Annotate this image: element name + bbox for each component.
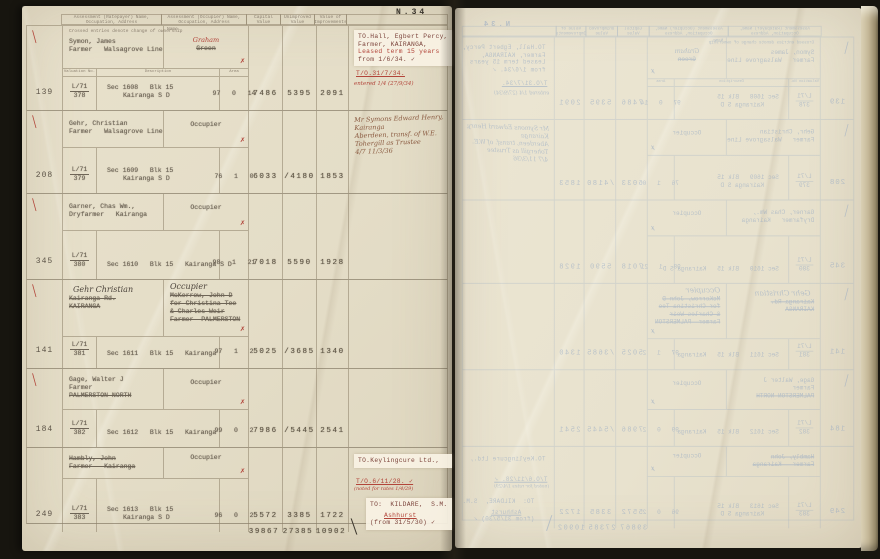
- ledger-row: 139 Crossed entries denote change of own…: [462, 37, 854, 120]
- ledger-row: 141 Gehr Christian Kairanga Rd. KAIRANGA…: [462, 284, 854, 370]
- entry-block: Gehr Christian Kairanga Rd. KAIRANGA ╲ O…: [648, 284, 820, 369]
- occupier-label: Occupier: [648, 380, 726, 388]
- red-cross-mark: ✗: [240, 56, 245, 66]
- ratepayer-cell: Hambly, John Farmer Kairanga: [727, 447, 820, 476]
- occupier-cell: Occupier ✗: [648, 447, 727, 476]
- ledger-row: 249 Hambly, John Farmer Kairanga Occupie…: [26, 448, 448, 524]
- occupier-cell: Occupier ✗: [648, 200, 727, 235]
- unimproved-value: /5445: [585, 370, 617, 446]
- ratepayer-name: Gage, Walter J: [69, 376, 163, 384]
- land-description: Sec 1612 Blk 15 Kairanga: [96, 410, 219, 447]
- ratepayer-name: Symon, James: [727, 49, 814, 57]
- transfer-notes: [463, 370, 555, 446]
- valuation-number: L/71 378: [789, 87, 820, 119]
- occupier-cell: Occupier ✗: [648, 370, 727, 409]
- ratepayer-address: Kairanga Rd.: [727, 298, 814, 306]
- red-cross-mark: ✗: [651, 327, 655, 337]
- valuation-number: L/71 378: [63, 77, 96, 110]
- handwritten-note: entered 1/4 (27/9/34): [354, 80, 452, 89]
- transfer-stamp: TO.Keylingcure Ltd.,: [354, 454, 452, 468]
- subheader-area: Area: [219, 69, 248, 76]
- land-description: Sec 1611 Blk 15 Kairanga: [96, 337, 219, 368]
- ratepayer-address: KAIRANGA: [727, 306, 814, 314]
- occupier-label: Occupier: [648, 453, 726, 461]
- unimproved-value: 3385: [585, 447, 617, 528]
- ratepayer-cell: Gehr Christian Kairanga Rd. KAIRANGA ╲: [63, 280, 163, 336]
- unimproved-value: 5395: [585, 38, 617, 119]
- ratepayer-name: Gage, Walter J: [727, 377, 814, 385]
- header-improvements: Value of Improvements: [314, 14, 347, 25]
- entry-block: Hambly, John Farmer Kairanga Occupier ✗ …: [648, 447, 820, 528]
- occupier-label: Green: [648, 56, 726, 64]
- valuation-number: L/71 379: [789, 156, 820, 200]
- red-cross-mark: ✗: [240, 218, 245, 228]
- unimproved-value: 5590: [282, 194, 316, 279]
- place-stamp: Ashhurst: [462, 508, 521, 515]
- occupier-label: Occupier: [164, 454, 248, 462]
- occupier-cell: Occupier ✗: [163, 369, 248, 409]
- ratepayer-cell: Crossed entries denote change of ownersh…: [727, 38, 820, 79]
- improvements-value: 1340: [316, 280, 348, 368]
- improvements-value: 2091: [555, 38, 585, 119]
- transfer-notes: TO.Hall, Egbert Percy, Farmer, KAIRANGA,…: [456, 38, 555, 119]
- ratepayer-occupation: Farmer: [727, 385, 814, 393]
- land-description: Sec 1611 Blk 15 Kairanga: [675, 339, 789, 369]
- entry-block: Hambly, John Farmer Kairanga Occupier ✗ …: [63, 448, 248, 532]
- red-cross-mark: ✗: [651, 464, 655, 474]
- ratepayer-address: PALMERSTON NORTH: [69, 392, 163, 400]
- valuation-number: L/71 382: [789, 410, 820, 446]
- ratepayer-cell: Gage, Walter J Farmer PALMERSTON NORTH ╲: [63, 369, 163, 409]
- improvements-value: 1722: [316, 448, 348, 532]
- valuation-number: L/71 380: [789, 236, 820, 283]
- subheader-valuation-no: Valuation No.: [63, 69, 96, 76]
- unimproved-value: /5445: [282, 369, 316, 447]
- left-page: N.34 Assessment (Ratepayer) Name, Occupa…: [22, 6, 452, 551]
- land-description: Sec 1612 Blk 15 Kairanga: [675, 410, 789, 446]
- header-improvements: Value of Improvements: [556, 26, 587, 37]
- header-unimproved-value: Unimproved Value: [585, 26, 618, 37]
- occupier-cell: Occupier ✗: [163, 448, 248, 478]
- header-unimproved-value: Unimproved Value: [280, 14, 315, 25]
- ledger-row: 345 Garner, Chas Wm., Dryfarmer Kairanga…: [26, 194, 448, 280]
- transfer-stamp: TO: KILDARE, S.M. Ashhurst (from 31/5/30…: [366, 498, 452, 530]
- ratepayer-name: Gehr, Christian: [727, 129, 814, 137]
- roll-number: 249: [820, 447, 853, 528]
- transfer-notes: TO.Keylingcure Ltd., T/O.6/11/28. ✓ (not…: [348, 448, 455, 532]
- header-capital-value: Capital Value: [617, 26, 650, 37]
- improvements-value: 1853: [555, 120, 585, 200]
- unimproved-value: 5590: [585, 200, 617, 282]
- red-cross-mark: ✗: [240, 466, 245, 476]
- header-ratepayer: Assessment (Ratepayer) Name, Occupation,…: [61, 14, 162, 25]
- subheader-description: Description: [96, 69, 219, 76]
- occupier-cell: Occupier ✗: [163, 111, 248, 147]
- valuation-number: L/71 382: [63, 410, 96, 447]
- occupier-label: Occupier: [648, 210, 726, 218]
- transfer-notes: TO.Keylingcure Ltd., T/O.6/11/28. ✓ (not…: [456, 447, 555, 528]
- ledger-row: 345 Garner, Chas Wm., Dryfarmer Kairanga…: [462, 200, 854, 283]
- transfer-notes: Mr Symons Edward Henry, Kairanga Aberdee…: [463, 120, 555, 200]
- capital-value: 6033: [248, 111, 282, 193]
- area-cell: 98 1 21: [648, 236, 675, 283]
- area-cell: 97 1 2: [648, 339, 675, 369]
- area-cell: 97 0 14: [648, 87, 675, 119]
- transfer-notes: [463, 200, 555, 282]
- area-cell: 99 0 2: [648, 410, 675, 446]
- ratepayer-occupation: Farmer: [69, 384, 163, 392]
- valuation-number: L/71 380: [63, 231, 96, 279]
- page-number-stamp: N.34: [481, 20, 510, 29]
- unimproved-total: 27385: [283, 528, 314, 536]
- red-cross-mark: ✗: [240, 397, 245, 407]
- transfer-notes: [348, 194, 447, 279]
- header-margin: [821, 26, 854, 37]
- red-cross-mark: ✗: [651, 397, 655, 407]
- improvements-value: 1340: [555, 284, 585, 369]
- entry-block: Gehr Christian Kairanga Rd. KAIRANGA ╲ O…: [63, 280, 248, 368]
- land-description: Sec 1608 Blk 15 Kairanga S D: [675, 87, 789, 119]
- sub-header: Valuation No. Description Area: [63, 69, 248, 77]
- improvements-value: 2541: [316, 369, 348, 447]
- header-capital-value: Capital Value: [246, 14, 281, 25]
- ratepayer-cell: Gage, Walter J Farmer PALMERSTON NORTH ╲: [727, 370, 820, 409]
- red-cross-mark: ✗: [240, 324, 245, 334]
- unimproved-value: /3685: [585, 284, 617, 369]
- transfer-notes: [463, 284, 555, 369]
- occupier-cell: Occupier ✗: [163, 194, 248, 230]
- ratepayer-cell: Garner, Chas Wm., Dryfarmer Kairanga ╲: [727, 200, 820, 235]
- red-cross-mark: ✗: [651, 224, 655, 234]
- ratepayer-address: PALMERSTON NORTH: [727, 393, 814, 401]
- handwritten-note: Occupier: [170, 282, 248, 291]
- ledger-row: 208 Gehr, Christian Farmer Walsagrove Li…: [462, 120, 854, 201]
- handwritten-note: (noted for rates 1/4/29): [354, 485, 452, 494]
- ratepayer-name: Symon, James: [69, 38, 163, 46]
- ratepayer-name: Garner, Chas Wm.,: [69, 203, 163, 211]
- entry-block: Gehr, Christian Farmer Walsagrove Line ╲…: [648, 120, 820, 200]
- ledger-row: 184 Gage, Walter J Farmer PALMERSTON NOR…: [26, 369, 448, 448]
- ledger-row: 249 Hambly, John Farmer Kairanga Occupie…: [462, 447, 854, 521]
- handwritten-note: Graham: [648, 47, 726, 56]
- header-margin: [26, 14, 62, 25]
- ledger-table: N.34 Assessment (Ratepayer) Name, Occupa…: [26, 14, 448, 540]
- ledger-row: 184 Gage, Walter J Farmer PALMERSTON NOR…: [462, 370, 854, 447]
- handwritten-name: Gehr Christian: [727, 289, 811, 298]
- entry-block: Crossed entries denote change of ownersh…: [63, 26, 248, 110]
- header-note: Name.: [167, 27, 181, 32]
- ratepayer-name: Hambly, John: [69, 455, 163, 463]
- transfer-notes: TO.Hall, Egbert Percy, Farmer, KAIRANGA,…: [348, 26, 455, 110]
- entry-block: Gage, Walter J Farmer PALMERSTON NORTH ╲…: [648, 370, 820, 446]
- capital-value: 7018: [616, 200, 648, 282]
- transfer-notes: [348, 369, 447, 447]
- capital-value: 5025: [616, 284, 648, 369]
- ledger-table: N.34 Assessment (Ratepayer) Name, Occupa…: [462, 26, 854, 536]
- ledger-row: 208 Gehr, Christian Farmer Walsagrove Li…: [26, 111, 448, 194]
- capital-total: 39867: [249, 528, 280, 536]
- header-occupier: Assessment (Occupier) Name, Occupation, …: [649, 26, 729, 37]
- capital-value: 5572: [248, 448, 282, 532]
- improvements-total: 10902: [316, 528, 347, 536]
- occupier-label: Occupier: [164, 379, 248, 387]
- ratepayer-name: Hambly, John: [727, 454, 814, 462]
- transfer-date-stamp: T/O.31/7/34.: [356, 70, 452, 78]
- ratepayer-cell: Gehr, Christian Farmer Walsagrove Line ╲: [63, 111, 163, 147]
- offset-impression: N.34 Assessment (Ratepayer) Name, Occupa…: [458, 18, 858, 542]
- red-cross-mark: ✗: [651, 67, 655, 77]
- ratepayer-name: Gehr, Christian: [69, 120, 163, 128]
- ledger-row: 139 Crossed entries denote change of own…: [26, 25, 448, 111]
- improvements-value: 2541: [555, 370, 585, 446]
- valuation-number: L/71 379: [63, 148, 96, 193]
- unimproved-value: 3385: [282, 448, 316, 532]
- unimproved-value: 5395: [282, 26, 316, 110]
- improvements-value: 1853: [316, 111, 348, 193]
- valuation-number: L/71 381: [63, 337, 96, 368]
- subheader-area: Area: [648, 79, 675, 86]
- transfer-notes: Mr Symons Edward Henry, Kairanga Aberdee…: [348, 111, 447, 193]
- red-cross-mark: ✗: [651, 143, 655, 153]
- page-number-stamp: N.34: [396, 8, 427, 17]
- transfer-stamp: TO.Hall, Egbert Percy, Farmer, KAIRANGA,…: [458, 41, 549, 76]
- ratepayer-address: Farmer Walsagrove Line: [727, 57, 814, 65]
- unimproved-value: /4180: [282, 111, 316, 193]
- capital-total: 39867: [619, 524, 647, 532]
- land-description: Sec 1610 Blk 15 Kairanga S D: [96, 231, 219, 279]
- capital-value: 7018: [248, 194, 282, 279]
- handwritten-name: Gehr Christian: [73, 285, 163, 294]
- header-note: Name.: [711, 38, 724, 43]
- capital-value: 7986: [616, 370, 648, 446]
- page-edge-stack: [861, 6, 878, 551]
- ratepayer-address: Farmer Kairanga: [727, 461, 814, 469]
- unimproved-value: /4180: [585, 120, 617, 200]
- occupier-cell: Occupier McKerrow, John D for Christina …: [163, 280, 248, 336]
- header-note: Crossed entries denote change of ownersh…: [69, 29, 163, 34]
- right-page: N.34 Assessment (Ratepayer) Name, Occupa…: [455, 8, 862, 548]
- improvements-value: 1722: [555, 447, 585, 528]
- occupier-cell: Name. Graham Green ✗: [648, 38, 727, 79]
- ratepayer-address: Dryfarmer Kairanga: [69, 211, 163, 219]
- unimproved-total: 27385: [587, 524, 615, 532]
- unimproved-value: /3685: [282, 280, 316, 368]
- capital-value: 6033: [616, 120, 648, 200]
- handwritten-note: Occupier: [648, 286, 721, 295]
- ratepayer-name: Garner, Chas Wm.,: [727, 209, 814, 217]
- land-description: Sec 1608 Blk 15 Kairanga S D: [96, 77, 219, 110]
- ratepayer-address: Farmer Walsagrove Line: [69, 46, 163, 54]
- area-cell: 98 1 21: [219, 231, 248, 279]
- occupier-label: Occupier: [164, 204, 248, 212]
- land-description: Sec 1609 Blk 15 Kairanga S D: [675, 156, 789, 200]
- improvements-value: 2091: [316, 26, 348, 110]
- occupier-label: Occupier: [164, 121, 248, 129]
- capital-value: 7486: [248, 26, 282, 110]
- header-occupier: Assessment (Occupier) Name, Occupation, …: [161, 14, 247, 25]
- entry-block: Garner, Chas Wm., Dryfarmer Kairanga ╲ O…: [63, 194, 248, 279]
- area-cell: 97 1 2: [219, 337, 248, 368]
- red-cross-mark: ✗: [240, 135, 245, 145]
- ratepayer-address: Farmer Walsagrove Line: [69, 128, 163, 136]
- occupier-cell: Occupier McKerrow, John D for Christina …: [648, 284, 727, 338]
- ratepayer-address: Farmer Walsagrove Line: [727, 136, 814, 144]
- land-description: Sec 1610 Blk 15 Kairanga S D: [675, 236, 789, 283]
- header-note: Crossed entries denote change of ownersh…: [727, 40, 814, 45]
- table-header-row: Assessment (Ratepayer) Name, Occupation,…: [462, 26, 854, 37]
- transfer-date-stamp: T/O.6/11/28. ✓: [459, 475, 548, 482]
- entry-block: Gage, Walter J Farmer PALMERSTON NORTH ╲…: [63, 369, 248, 447]
- capital-value: 5025: [248, 280, 282, 368]
- entry-block: Crossed entries denote change of ownersh…: [648, 38, 820, 119]
- occupier-cell: Occupier ✗: [648, 120, 727, 155]
- area-cell: 76 1 0: [219, 148, 248, 193]
- ledger-row: 141 Gehr Christian Kairanga Rd. KAIRANGA…: [26, 280, 448, 369]
- entry-block: Garner, Chas Wm., Dryfarmer Kairanga ╲ O…: [648, 200, 820, 282]
- table-header-row: Assessment (Ratepayer) Name, Occupation,…: [26, 14, 448, 25]
- ratepayer-address: KAIRANGA: [69, 303, 163, 311]
- roll-number: 249: [27, 448, 63, 532]
- area-cell: 97 0 14: [219, 77, 248, 110]
- transfer-stamp: TO: KILDARE, S.M. Ashhurst (from 31/5/30…: [459, 495, 539, 526]
- handwritten-note: Mr Symons Edward Henry, Kairanga Aberdee…: [354, 113, 445, 156]
- transfer-date-stamp: T/O.6/11/28. ✓: [356, 478, 452, 486]
- ratepayer-cell: Gehr, Christian Farmer Walsagrove Line ╲: [727, 120, 820, 155]
- transfer-stamp: TO.Hall, Egbert Percy, Farmer, KAIRANGA,…: [354, 30, 452, 66]
- occupier-label: Occupier: [648, 130, 726, 138]
- ratepayer-cell: Hambly, John Farmer Kairanga: [63, 448, 163, 478]
- occupier-cell: Name. Graham Green ✗: [163, 26, 248, 68]
- improvements-value: 1928: [316, 194, 348, 279]
- ratepayer-cell: Garner, Chas Wm., Dryfarmer Kairanga ╲: [63, 194, 163, 230]
- transfer-stamp: TO.Keylingcure Ltd.,: [459, 453, 550, 466]
- subheader-description: Description: [675, 79, 789, 86]
- handwritten-note: entered 1/4 (27/9/34): [458, 89, 549, 98]
- handwritten-note: (noted for rates 1/4/29): [459, 483, 550, 492]
- capital-value: 5572: [616, 447, 648, 528]
- transfer-notes: [348, 280, 447, 368]
- header-ratepayer: Assessment (Ratepayer) Name, Occupation,…: [728, 26, 822, 37]
- improvements-value: 1928: [555, 200, 585, 282]
- entry-block: Gehr, Christian Farmer Walsagrove Line ╲…: [63, 111, 248, 193]
- ratepayer-cell: Gehr Christian Kairanga Rd. KAIRANGA ╲: [727, 284, 820, 338]
- ratepayer-address: Farmer Kairanga: [69, 463, 163, 471]
- capital-value: 7486: [616, 38, 648, 119]
- ratepayer-address: Dryfarmer Kairanga: [727, 217, 814, 225]
- occupier-label: Green: [164, 45, 248, 53]
- handwritten-note: Mr Symons Edward Henry, Kairanga Aberdee…: [464, 122, 549, 164]
- capital-value: 7986: [248, 369, 282, 447]
- improvements-total: 10902: [556, 524, 584, 532]
- ratepayer-address: Kairanga Rd.: [69, 295, 163, 303]
- scanned-valuation-roll: N.34 Assessment (Ratepayer) Name, Occupa…: [0, 0, 880, 559]
- area-cell: 76 1 0: [648, 156, 675, 200]
- handwritten-note: Graham: [164, 36, 248, 45]
- transfer-date-stamp: T/O.31/7/34.: [458, 80, 547, 87]
- valuation-number: L/71 381: [789, 339, 820, 369]
- sub-header: Valuation No. Description Area: [648, 79, 820, 87]
- place-stamp: Ashhurst: [384, 512, 448, 520]
- land-description: Sec 1609 Blk 15 Kairanga S D: [96, 148, 219, 193]
- subheader-valuation-no: Valuation No.: [789, 79, 820, 86]
- ratepayer-cell: Crossed entries denote change of ownersh…: [63, 26, 163, 68]
- area-cell: 99 0 2: [219, 410, 248, 447]
